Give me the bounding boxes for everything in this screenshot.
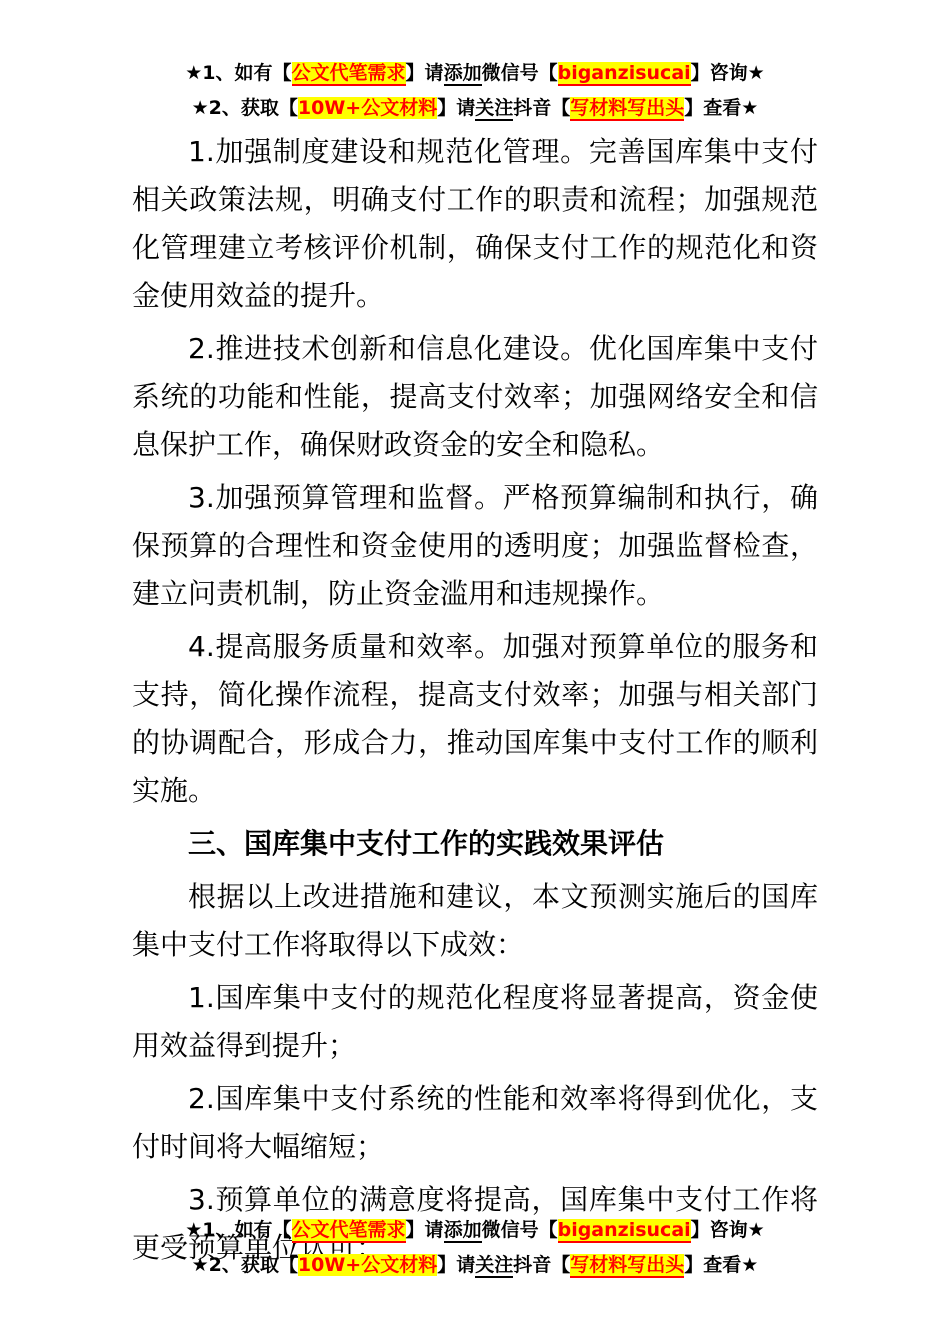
- banner-text: ★2、获取【: [192, 97, 298, 119]
- promo-highlight-text: 写材料写出头: [570, 1254, 684, 1278]
- promo-highlight-text: 公文代笔需求: [292, 1219, 406, 1243]
- banner-text: ★2、获取【: [192, 1254, 298, 1276]
- banner-line: ★2、获取【10W+公文材料】请关注抖音【写材料写出头】查看★: [0, 91, 950, 126]
- promo-highlight-text: 公文代笔需求: [292, 62, 406, 86]
- banner-text: 】请: [437, 1254, 475, 1276]
- banner-text: 添加: [444, 62, 482, 86]
- promo-highlight-text: biganzisucai: [558, 1219, 691, 1243]
- body-paragraph: 2.推进技术创新和信息化建设。优化国库集中支付系统的功能和性能，提高支付效率；加…: [132, 325, 818, 469]
- banner-text: 添加: [444, 1219, 482, 1243]
- document-body: 1.加强制度建设和规范化管理。完善国库集中支付相关政策法规，明确支付工作的职责和…: [132, 128, 818, 1272]
- banner-text: 微信号【: [482, 62, 558, 84]
- body-paragraph: 2.国库集中支付系统的性能和效率将得到优化，支付时间将大幅缩短；: [132, 1075, 818, 1171]
- banner-text: 抖音【: [513, 97, 570, 119]
- promo-highlight-text: 写材料写出头: [570, 97, 684, 121]
- header-promo-banner: ★1、如有【公文代笔需求】请添加微信号【biganzisucai】咨询★★2、获…: [0, 0, 950, 126]
- banner-line: ★1、如有【公文代笔需求】请添加微信号【biganzisucai】咨询★: [0, 56, 950, 91]
- banner-line: ★1、如有【公文代笔需求】请添加微信号【biganzisucai】咨询★: [0, 1213, 950, 1248]
- body-paragraph: 1.加强制度建设和规范化管理。完善国库集中支付相关政策法规，明确支付工作的职责和…: [132, 128, 818, 320]
- banner-text: 关注: [475, 97, 513, 121]
- banner-text: ★1、如有【: [185, 1219, 291, 1241]
- banner-text: 】请: [406, 1219, 444, 1241]
- banner-line: ★2、获取【10W+公文材料】请关注抖音【写材料写出头】查看★: [0, 1248, 950, 1283]
- body-paragraph: 3.加强预算管理和监督。严格预算编制和执行，确保预算的合理性和资金使用的透明度；…: [132, 474, 818, 618]
- body-paragraph: 根据以上改进措施和建议，本文预测实施后的国库集中支付工作将取得以下成效：: [132, 873, 818, 969]
- banner-text: 】查看★: [684, 97, 758, 119]
- promo-highlight-text: 10W+公文材料: [298, 1254, 437, 1276]
- promo-highlight-text: biganzisucai: [558, 62, 691, 86]
- banner-text: 】查看★: [684, 1254, 758, 1276]
- banner-text: 】咨询★: [691, 62, 765, 84]
- banner-text: 关注: [475, 1254, 513, 1278]
- footer-promo-banner: ★1、如有【公文代笔需求】请添加微信号【biganzisucai】咨询★★2、获…: [0, 1213, 950, 1283]
- body-paragraph: 1.国库集中支付的规范化程度将显著提高，资金使用效益得到提升；: [132, 974, 818, 1070]
- promo-highlight-text: 10W+公文材料: [298, 97, 437, 119]
- banner-text: ★1、如有【: [185, 62, 291, 84]
- document-page: ★1、如有【公文代笔需求】请添加微信号【biganzisucai】咨询★★2、获…: [0, 0, 950, 1344]
- banner-text: 】请: [406, 62, 444, 84]
- banner-text: 】咨询★: [691, 1219, 765, 1241]
- section-heading: 三、国库集中支付工作的实践效果评估: [132, 820, 818, 868]
- banner-text: 抖音【: [513, 1254, 570, 1276]
- banner-text: 微信号【: [482, 1219, 558, 1241]
- banner-text: 】请: [437, 97, 475, 119]
- body-paragraph: 4.提高服务质量和效率。加强对预算单位的服务和支持，简化操作流程，提高支付效率；…: [132, 623, 818, 815]
